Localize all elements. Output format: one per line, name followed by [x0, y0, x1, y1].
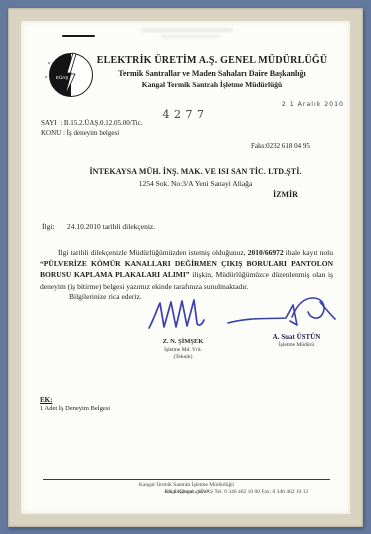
org-branch: Kangal Termik Santralı İşletme Müdürlüğü: [83, 80, 341, 89]
org-title: ELEKTRİK ÜRETİM A.Ş. GENEL MÜDÜRLÜĞÜ: [83, 55, 341, 66]
scanned-letter-photo: { "page": { "background_color": "#64799e…: [0, 0, 371, 534]
closing-line: Bilgilerinize rica ederiz.: [69, 292, 142, 301]
bleed-through-mark: [141, 28, 233, 32]
date-stamp: 2 1 Aralık 2010: [282, 101, 344, 108]
signer-right-title: İşletme Müdürü: [249, 342, 344, 348]
letter-paper: EÜAŞ ELEKTRİK ÜRETİM A.Ş. GENEL MÜDÜRLÜĞ…: [21, 21, 350, 514]
reference-text: 24.10.2010 tarihli dilekçeniz.: [67, 222, 155, 231]
footer-contact-line: P.K.8 Kangal / SİVAS Tel: 0 346 462 10 0…: [33, 489, 340, 495]
bleed-through-mark: [161, 35, 219, 38]
body-paragraph: İlgi tarihli dilekçenizle Müdürlüğümüzde…: [40, 247, 333, 292]
footer-org-name: Kangal Termik Santralı İşletme Müdürlüğü: [43, 482, 330, 488]
signer-left-title: İşletme Md. Yrd.: [133, 347, 233, 353]
logo-text: EÜAŞ: [56, 74, 68, 80]
recipient-city: İZMİR: [273, 190, 298, 199]
photo-mat-frame: EÜAŞ ELEKTRİK ÜRETİM A.Ş. GENEL MÜDÜRLÜĞ…: [8, 8, 363, 527]
konu-line: KONU : İş deneyim belgesi: [41, 129, 143, 139]
sayi-line: SAYI : B.15.2.ÜAŞ.0.12.05.00/Tic.: [41, 119, 143, 129]
recipient-name: İNTEKAYSA MÜH. İNŞ. MAK. VE ISI SAN TİC.…: [51, 167, 340, 176]
attachment-item: 1 Adet İş Deneyim Belgesi: [40, 405, 110, 412]
letterhead: ELEKTRİK ÜRETİM A.Ş. GENEL MÜDÜRLÜĞÜ Ter…: [83, 55, 341, 89]
recipient-block: İNTEKAYSA MÜH. İNŞ. MAK. VE ISI SAN TİC.…: [51, 167, 340, 188]
scan-speck: [45, 76, 47, 78]
signer-left-title-2: (Teknik): [133, 354, 233, 360]
reference-label: İlgi:: [42, 222, 55, 231]
para-segment: ihale kayıt nolu: [284, 248, 333, 257]
signature-ink-left: [144, 297, 208, 337]
attachment-label: EK:: [40, 396, 52, 404]
footer-divider: [43, 479, 330, 480]
tender-number: 2010/66972: [248, 248, 284, 257]
signer-left-name: Z. N. ŞİMŞEK: [133, 338, 233, 345]
org-department: Termik Santrallar ve Maden Sahaları Dair…: [83, 69, 341, 78]
fax-number: Faks:0232 618 04 95: [251, 142, 310, 150]
footer-address-phone: P.K.8 Kangal / SİVAS Tel: 0 346 462 10 0…: [164, 489, 308, 495]
signer-right-name: A. Suat ÜSTÜN: [249, 333, 344, 341]
para-segment: İlgi tarihli dilekçenizle Müdürlüğümüzde…: [58, 248, 248, 257]
scan-artifact-line: [62, 35, 95, 37]
sayi-konu-block: SAYI : B.15.2.ÜAŞ.0.12.05.00/Tic.KONU : …: [41, 119, 143, 138]
recipient-address: 1254 Sok. No:3/A Yeni Sanayi Aliağa: [51, 179, 340, 188]
signature-ink-right: [226, 295, 338, 337]
